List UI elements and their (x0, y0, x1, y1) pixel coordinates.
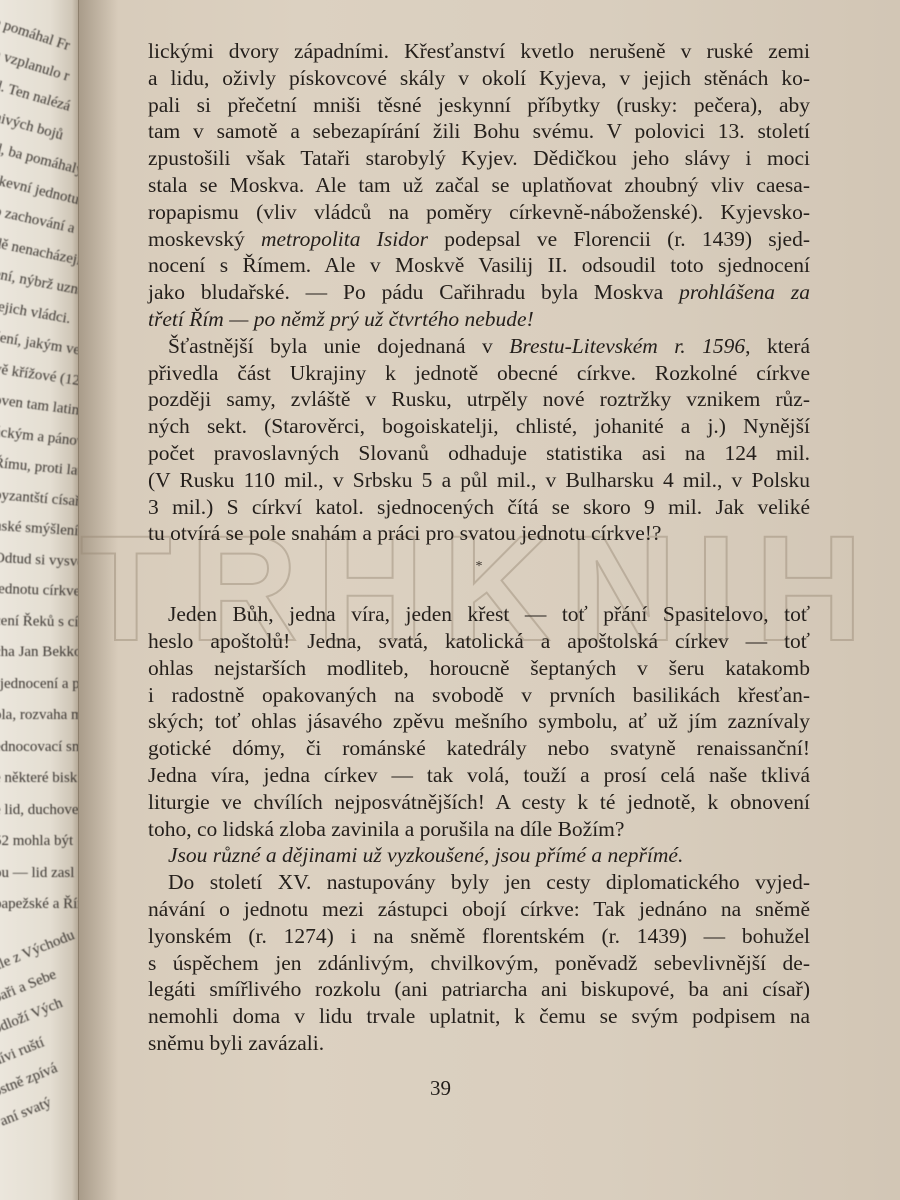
text-line: liturgie ve chvílích nejposvátnějších! A… (148, 789, 810, 816)
left-page-text-fragment: byzantští císaři (0, 487, 79, 511)
left-page-text-fragment: jejich vládci. (0, 298, 72, 328)
left-page-text-fragment: e některé bisk (0, 770, 77, 787)
left-page-text-fragment: cha Jan Bekko (0, 644, 79, 661)
text-run: Šťastnější byla unie dojednaná v (168, 334, 509, 358)
text-line: jako bludařské. — Po pádu Cařihradu byla… (148, 279, 810, 306)
text-line: heslo apoštolů! Jedna, svatá, katolická … (148, 628, 810, 655)
text-line: ohlas nejstarších modliteb, horoucně šep… (148, 655, 810, 682)
text-run: moskevský (148, 227, 261, 251)
left-page-text-fragment: jednotu církve (0, 581, 79, 601)
text-line: a lidu, oživly pískovcové skály v okolí … (148, 65, 810, 92)
left-page-text-fragment: šení, jakým velem (0, 329, 79, 363)
left-page-text-fragment: e pomáhal Fr (0, 14, 72, 55)
text-line: Jeden Bůh, jedna víra, jeden křest — toť… (148, 601, 810, 628)
italic-text-run: třetí Řím — po němž prý už čtvrtého nebu… (148, 307, 534, 331)
text-run: jako bludařské. — Po pádu Cařihradu byla… (148, 280, 679, 304)
left-page-text-fragment: dě nenacházejí (0, 235, 79, 270)
text-line: pali si přečetní mniši těsné jeskynní př… (148, 92, 810, 119)
text-line: sněmu byli zavázali. (148, 1030, 810, 1057)
text-line: lyonském (r. 1274) i na sněmě florentské… (148, 923, 810, 950)
left-page-text-fragment: vě křížové (120 (0, 361, 79, 391)
italic-text-run: metropolita Isidor (261, 227, 428, 251)
text-line: přivedla část Ukrajiny k jednotě obecné … (148, 360, 810, 387)
text-line: s úspěchem jen zdánlivým, chvilkovým, po… (148, 950, 810, 977)
section-separator-asterisk: * (148, 547, 810, 601)
left-page-text-fragment: 52 mohla být (0, 833, 73, 850)
text-line: Jsou různé a dějinami už vyzkoušené, jso… (148, 842, 810, 869)
text-line: nemohli doma v lidu trvale uplatnit, k č… (148, 1003, 810, 1030)
text-line: zpustošili však Tataři starobylý Kyjev. … (148, 145, 810, 172)
text-line: toho, co lidská zloba zavinila a porušil… (148, 816, 810, 843)
left-page-text-fragment: Římu, proti latin (0, 455, 79, 481)
left-page-text-fragment: ení, nýbrž uznán (0, 266, 79, 301)
text-line: Šťastnější byla unie dojednaná v Brestu-… (148, 333, 810, 360)
left-page-text-fragment: áckým a pánovi (0, 424, 79, 451)
text-line: stala se Moskva. Ale tam už začal se upl… (148, 172, 810, 199)
text-line: ných sekt. (Starověrci, bogoiskatelji, c… (148, 413, 810, 440)
page-number: 39 (430, 1076, 451, 1101)
text-line: 3 mil.) S církví katol. sjednocených čít… (148, 494, 810, 521)
text-line: ropapismu (vliv vládců na poměry církevn… (148, 199, 810, 226)
left-page-text-fragment: vaní svatý (0, 1094, 54, 1133)
text-line: návání o jednotu mezi zástupci obojí cír… (148, 896, 810, 923)
text-line: tam v samotě a sebezapírání žili Bohu sv… (148, 118, 810, 145)
text-line: i radostně opakovaných na svobodě v prvn… (148, 682, 810, 709)
text-line: nocení s Římem. Ale v Moskvě Vasilij II.… (148, 252, 810, 279)
text-line: gotické dómy, či románské katedrály nebo… (148, 735, 810, 762)
text-line: moskevský metropolita Isidor podepsal ve… (148, 226, 810, 253)
text-line: třetí Řím — po němž prý už čtvrtého nebu… (148, 306, 810, 333)
text-run: , která (745, 334, 810, 358)
left-page-text-fragment: cení Řeků s cír (0, 613, 79, 631)
left-page-text-fragment: nské smýšlení p (0, 518, 79, 541)
left-page-text-fragment: ola, rozvaha m (0, 707, 79, 724)
left-page-text-fragment: papežské a Řím (0, 896, 79, 913)
text-line: ských; toť ohlas jásavého zpěvu mešního … (148, 708, 810, 735)
left-page-text-fragment: o zachování a (0, 203, 76, 238)
left-page-text-fragment: ednocovací sn (0, 739, 79, 756)
italic-text-run: prohlášena za (679, 280, 810, 304)
left-page-text-fragment: d, ba pomáhaly (0, 140, 79, 179)
left-page-text-fragment: sjednocení a p (0, 676, 79, 693)
left-page-edge: e pomáhal Fra vzplanulo rd. Ten nalézáni… (0, 0, 79, 1200)
left-page-text-fragment: nivých bojů (0, 109, 65, 144)
left-page-text-fragment: ostně zpívá (0, 1060, 60, 1101)
left-page-text-fragment: oven tam latin (0, 392, 79, 420)
italic-text-run: Jsou různé a dějinami už vyzkoušené, jso… (168, 843, 683, 867)
text-line: Do století XV. nastupovány byly jen cest… (148, 869, 810, 896)
italic-text-run: Brestu-Litevském r. 1596 (509, 334, 745, 358)
left-page-text-fragment: ou — lid zasl (0, 865, 74, 882)
left-page-text-fragment: Odtud si vysvětl (0, 550, 79, 572)
page-body-text: lickými dvory západními. Křesťanství kve… (148, 38, 810, 1057)
left-page-text-fragment: rkevní jednotu (0, 172, 79, 209)
text-line: počet pravoslavných Slovanů odhaduje sta… (148, 440, 810, 467)
text-line: (V Rusku 110 mil., v Srbsku 5 a půl mil.… (148, 467, 810, 494)
text-line: tu otvírá se pole snahám a práci pro sva… (148, 520, 810, 547)
text-run: podepsal ve Florencii (r. 1439) sjed- (428, 227, 810, 251)
page-gutter-shadow (78, 0, 118, 1200)
text-line: později samy, zvláště v Rusku, utrpěly n… (148, 386, 810, 413)
left-page-text-fragment: ale z Východu (0, 927, 77, 975)
text-line: legáti smířlivého rozkolu (ani patriarch… (148, 976, 810, 1003)
text-line: Jedna víra, jedna církev — tak volá, tou… (148, 762, 810, 789)
left-page-text-fragment: e lid, duchovens (0, 802, 79, 819)
text-line: lickými dvory západními. Křesťanství kve… (148, 38, 810, 65)
